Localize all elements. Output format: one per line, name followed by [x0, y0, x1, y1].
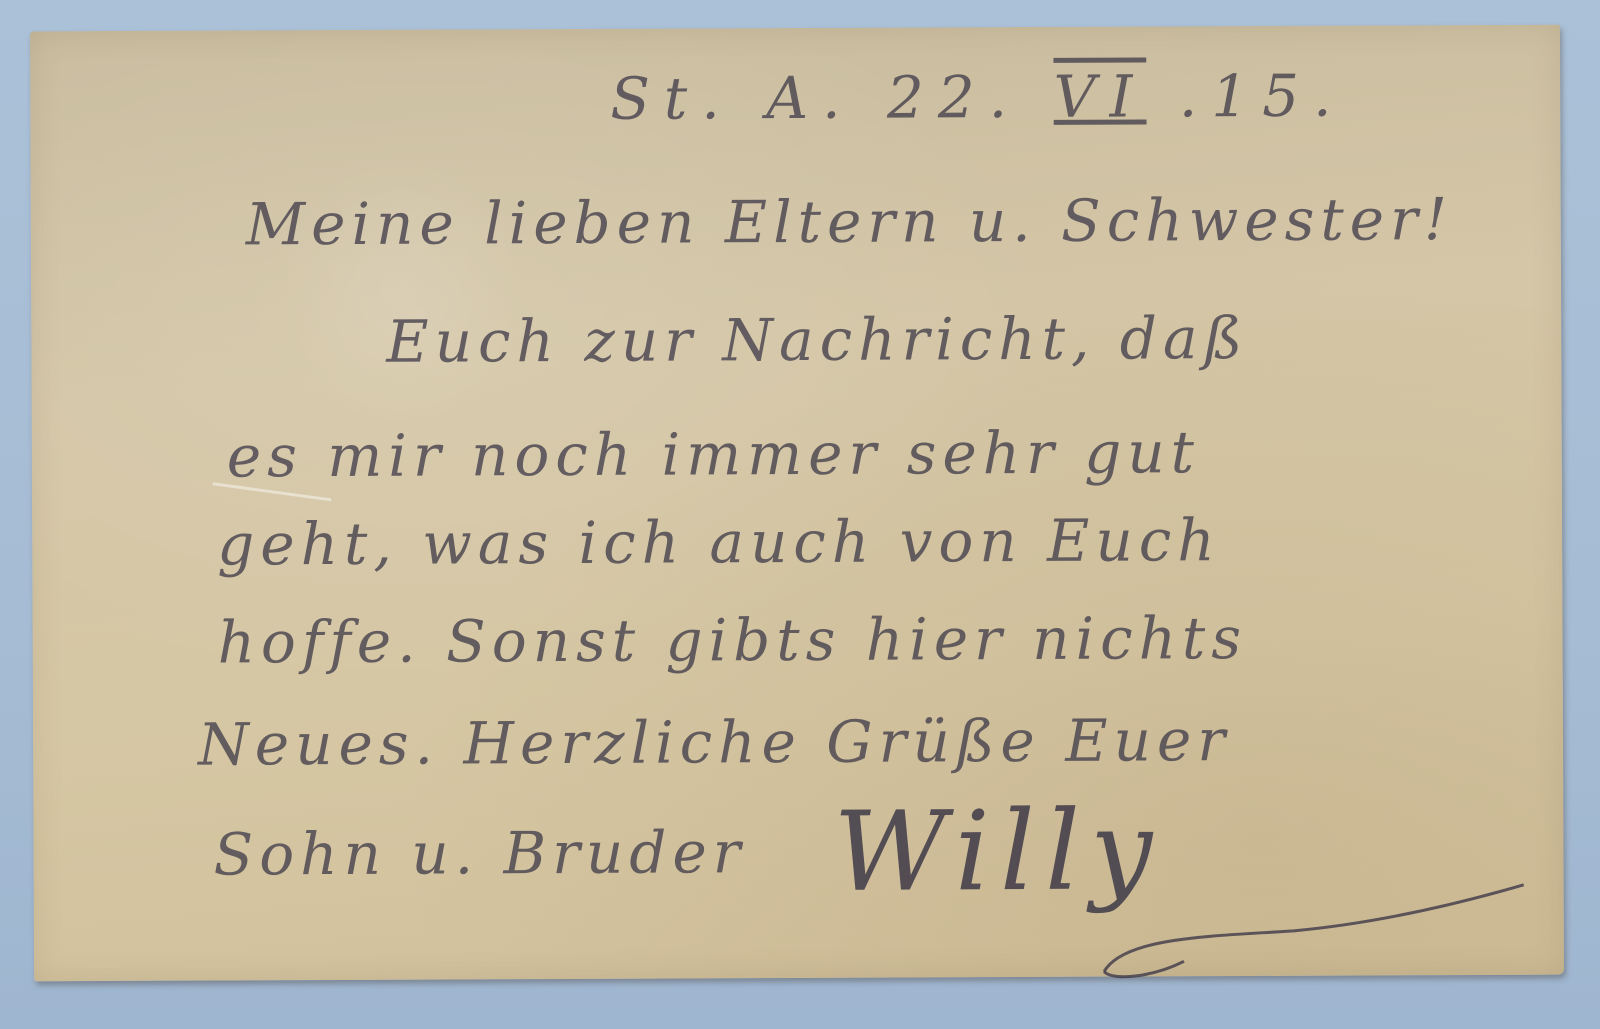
dateline: St. A. 22. VI .15.: [610, 62, 1346, 133]
text-line: geht, was ich auch von Euch: [217, 506, 1221, 578]
text-line: Neues. Herzliche Grüße Euer: [198, 706, 1231, 779]
text-line: hoffe. Sonst gibts hier nichts: [217, 604, 1247, 676]
date-year: .15.: [1179, 62, 1346, 131]
date-month: VI: [1053, 62, 1146, 130]
photo-scene: St. A. 22. VI .15. Meine lieben Eltern u…: [0, 0, 1600, 1029]
salutation-line: Meine lieben Eltern u. Schwester!: [246, 185, 1454, 258]
date-place: St. A.: [610, 64, 855, 133]
postcard: St. A. 22. VI .15. Meine lieben Eltern u…: [30, 25, 1564, 982]
date-day: 22.: [887, 63, 1022, 132]
text-line: Euch zur Nachricht, daß: [386, 304, 1248, 376]
text-line: es mir noch immer sehr gut: [227, 418, 1201, 490]
closing-line: Sohn u. Bruder: [213, 818, 746, 888]
signature-flourish-icon: [1094, 875, 1534, 987]
